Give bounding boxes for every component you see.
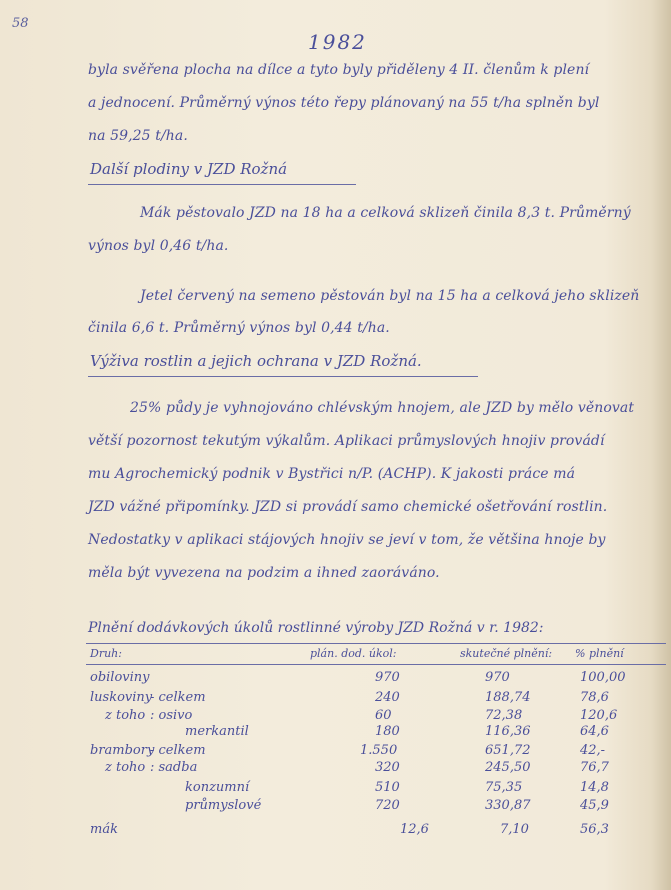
table-row: konzumní 510 75,35 14,8 [90, 780, 670, 800]
text-line: Mák pěstovalo JZD na 18 ha a celková skl… [140, 205, 631, 221]
text-line: činila 6,6 t. Průměrný výnos byl 0,44 t/… [88, 320, 390, 336]
section-heading: Další plodiny v JZD Rožná [90, 160, 287, 178]
text-line: mu Agrochemický podnik v Bystřici n/P. (… [88, 466, 575, 482]
page-number: 58 [12, 16, 29, 31]
table-row: obiloviny 970 970 100,00 [90, 670, 670, 690]
text-line: větší pozornost tekutým výkalům. Aplikac… [88, 433, 605, 449]
heading-underline [88, 376, 478, 377]
text-line: a jednocení. Průměrný výnos této řepy pl… [88, 95, 599, 111]
text-line: byla svěřena plocha na dílce a tyto byly… [88, 62, 589, 78]
header-druh: Druh: [90, 647, 122, 660]
handwritten-page: 58 1982 byla svěřena plocha na dílce a t… [0, 0, 671, 890]
text-line: výnos byl 0,46 t/ha. [88, 238, 228, 254]
table-title: Plnění dodávkových úkolů rostlinné výrob… [88, 620, 544, 636]
text-line: Nedostatky v aplikaci stájových hnojiv s… [88, 532, 606, 548]
text-line: Jetel červený na semeno pěstován byl na … [140, 288, 639, 304]
section-heading: Výživa rostlin a jejich ochrana v JZD Ro… [90, 352, 422, 370]
text-line: JZD vážné připomínky. JZD si provádí sam… [88, 499, 607, 515]
table-header-underline [86, 664, 666, 665]
table-title-underline [86, 643, 666, 644]
header-pct: % plnění [575, 647, 624, 660]
table-row: merkantil 180 116,36 64,6 [90, 724, 670, 744]
table-row: z toho : sadba 320 245,50 76,7 [90, 760, 670, 780]
page-year: 1982 [308, 30, 367, 54]
header-plan: plán. dod. úkol: [310, 647, 397, 660]
table-row: průmyslové 720 330,87 45,9 [90, 798, 670, 818]
text-line: měla být vyvezena na podzim a ihned zaor… [88, 565, 440, 581]
heading-underline [88, 184, 356, 185]
text-line: 25% půdy je vyhnojováno chlévským hnojem… [130, 400, 634, 416]
table-row: mák 12,6 7,10 56,3 [90, 822, 670, 842]
table-row: luskoviny - celkem 240 188,74 78,6 [90, 690, 670, 710]
header-actual: skutečné plnění: [460, 647, 552, 660]
text-line: na 59,25 t/ha. [88, 128, 188, 144]
